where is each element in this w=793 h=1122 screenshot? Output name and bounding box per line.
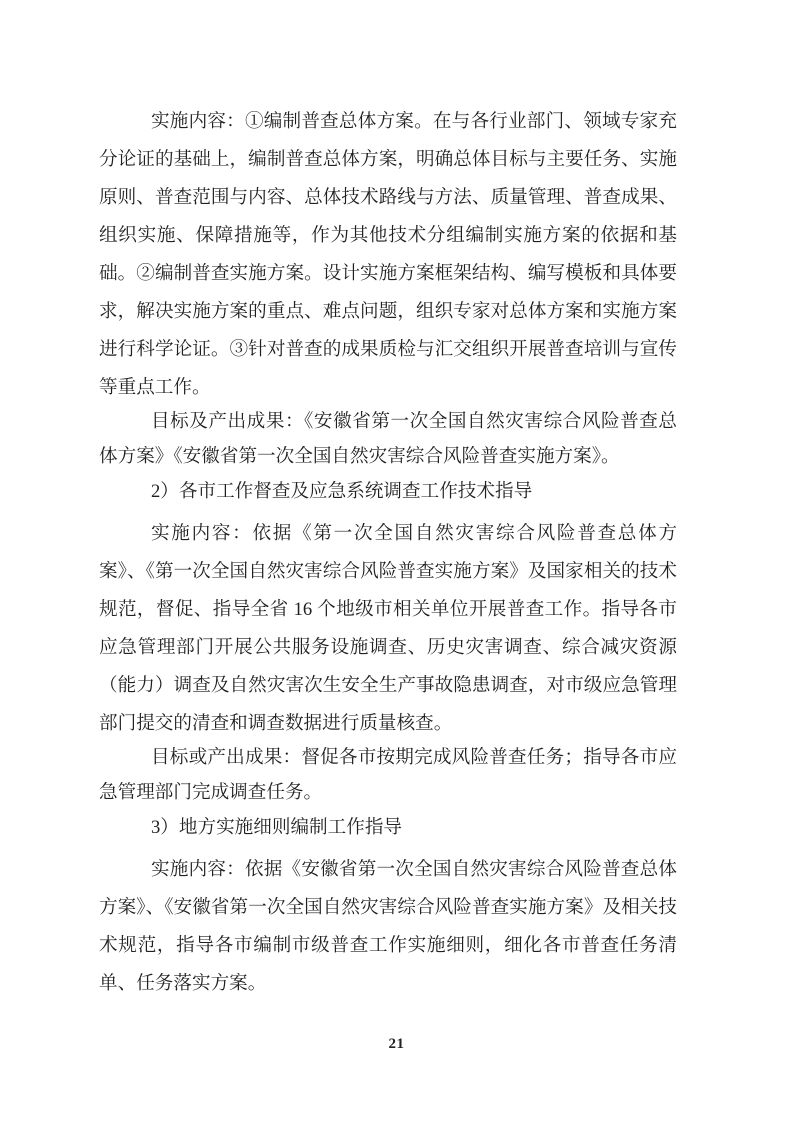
- section-heading-2: 2）各市工作督查及应急系统调查工作技术指导: [99, 474, 677, 509]
- section-heading-3: 3）地方实施细则编制工作指导: [99, 810, 677, 845]
- paragraph-implementation-content-1: 实施内容：①编制普查总体方案。在与各行业部门、领域专家充分论证的基础上，编制普查…: [99, 103, 677, 407]
- document-page: 实施内容：①编制普查总体方案。在与各行业部门、领域专家充分论证的基础上，编制普查…: [0, 0, 793, 1122]
- paragraph-implementation-content-2: 实施内容：依据《第一次全国自然灾害综合风险普查总体方案》、《第一次全国自然灾害综…: [99, 515, 677, 743]
- page-number: 21: [0, 1036, 793, 1053]
- paragraph-goals-and-outputs-2: 目标或产出成果：督促各市按期完成风险普查任务；指导各市应急管理部门完成调查任务。: [99, 740, 677, 810]
- paragraph-implementation-content-3: 实施内容：依据《安徽省第一次全国自然灾害综合风险普查总体方案》、《安徽省第一次全…: [99, 851, 677, 1003]
- page-body-text: 实施内容：①编制普查总体方案。在与各行业部门、领域专家充分论证的基础上，编制普查…: [99, 103, 677, 1003]
- paragraph-goals-and-outputs-1: 目标及产出成果：《安徽省第一次全国自然灾害综合风险普查总体方案》《安徽省第一次全…: [99, 404, 677, 474]
